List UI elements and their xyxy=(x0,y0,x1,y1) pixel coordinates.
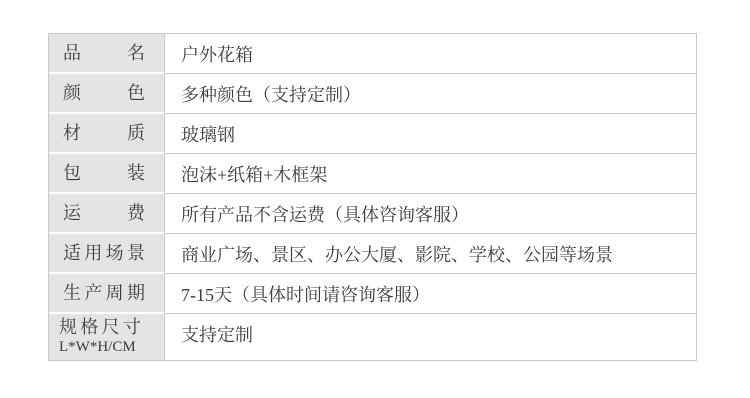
row-label: 运 费 xyxy=(63,203,145,224)
row-label-cell: 运 费 xyxy=(49,194,165,234)
row-label: 颜 色 xyxy=(63,83,145,104)
row-value: 户外花箱 xyxy=(165,34,696,74)
row-label: 生产周期 xyxy=(63,283,145,304)
row-label: 品 名 xyxy=(63,43,145,64)
row-value: 所有产品不含运费（具体咨询客服） xyxy=(165,194,696,234)
row-label-cell: 规格尺寸 L*W*H/CM xyxy=(49,314,165,360)
row-label-cell: 颜 色 xyxy=(49,74,165,114)
table-row: 规格尺寸 L*W*H/CM 支持定制 xyxy=(49,314,696,360)
product-spec-table: 品 名 户外花箱 颜 色 多种颜色（支持定制） 材 质 玻璃钢 包 装 泡沫+纸… xyxy=(48,33,697,361)
row-label-cell: 包 装 xyxy=(49,154,165,194)
table-row: 颜 色 多种颜色（支持定制） xyxy=(49,74,696,114)
table-row: 品 名 户外花箱 xyxy=(49,34,696,74)
row-label: 包 装 xyxy=(63,163,145,184)
row-label-unit: L*W*H/CM xyxy=(59,338,141,357)
table-row: 材 质 玻璃钢 xyxy=(49,114,696,154)
row-value: 7-15天（具体时间请咨询客服） xyxy=(165,274,696,314)
row-value: 支持定制 xyxy=(165,314,696,360)
table-row: 生产周期 7-15天（具体时间请咨询客服） xyxy=(49,274,696,314)
row-value: 泡沫+纸箱+木框架 xyxy=(165,154,696,194)
row-label: 规格尺寸 xyxy=(59,317,141,338)
row-value: 商业广场、景区、办公大厦、影院、学校、公园等场景 xyxy=(165,234,696,274)
table-row: 适用场景 商业广场、景区、办公大厦、影院、学校、公园等场景 xyxy=(49,234,696,274)
row-label-cell: 生产周期 xyxy=(49,274,165,314)
row-value: 玻璃钢 xyxy=(165,114,696,154)
row-label: 材 质 xyxy=(63,123,145,144)
table-row: 运 费 所有产品不含运费（具体咨询客服） xyxy=(49,194,696,234)
row-value: 多种颜色（支持定制） xyxy=(165,74,696,114)
row-label-cell: 品 名 xyxy=(49,34,165,74)
table-row: 包 装 泡沫+纸箱+木框架 xyxy=(49,154,696,194)
row-label-cell: 材 质 xyxy=(49,114,165,154)
row-label-cell: 适用场景 xyxy=(49,234,165,274)
row-label: 适用场景 xyxy=(63,243,145,264)
